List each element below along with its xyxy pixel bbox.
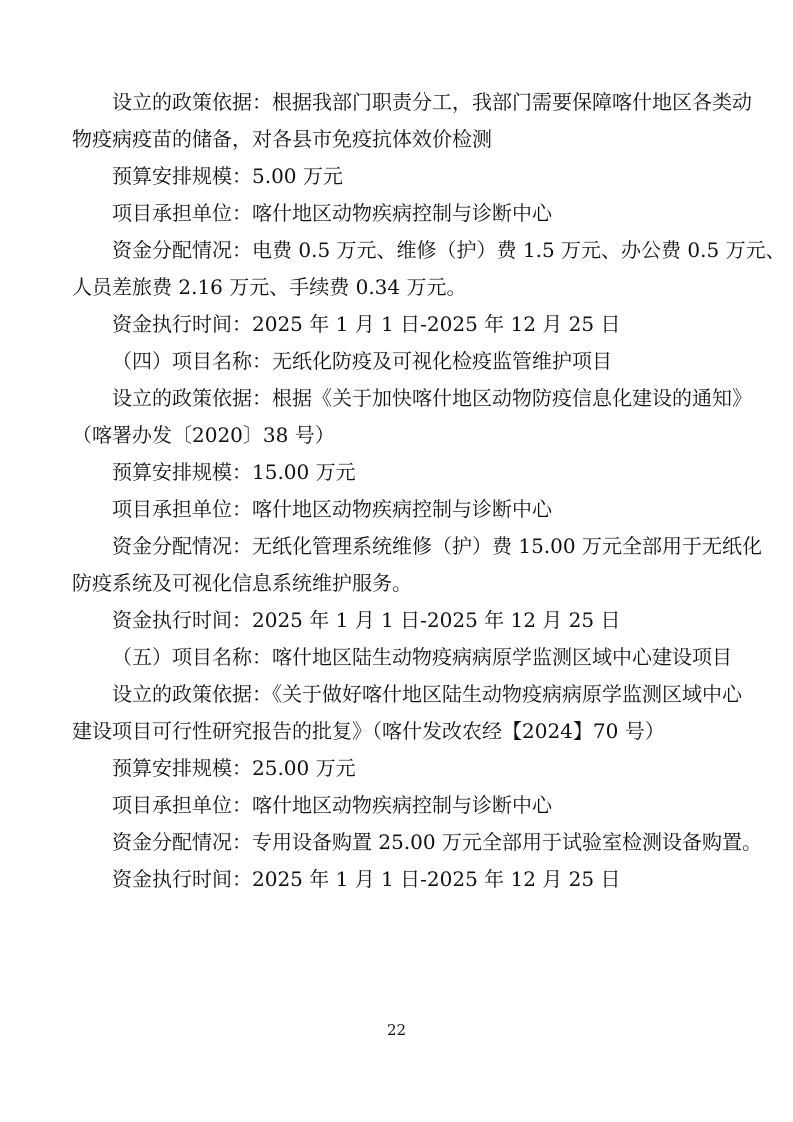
page-number: 22 bbox=[387, 1020, 406, 1040]
text-line: 资金执行时间：2025 年 1 月 1 日-2025 年 12 月 25 日 bbox=[72, 861, 725, 898]
text-line: 设立的政策依据：根据我部门职责分工，我部门需要保障喀什地区各类动 bbox=[72, 84, 725, 121]
text-line: 物疫病疫苗的储备，对各县市免疫抗体效价检测 bbox=[72, 121, 725, 158]
text-line: 资金执行时间：2025 年 1 月 1 日-2025 年 12 月 25 日 bbox=[72, 306, 725, 343]
text-line: 项目承担单位：喀什地区动物疾病控制与诊断中心 bbox=[72, 491, 725, 528]
text-line: 资金分配情况：专用设备购置 25.00 万元全部用于试验室检测设备购置。 bbox=[72, 824, 725, 861]
text-line: 资金分配情况：无纸化管理系统维修（护）费 15.00 万元全部用于无纸化 bbox=[72, 528, 725, 565]
text-line: 预算安排规模：15.00 万元 bbox=[72, 454, 725, 491]
text-line: 设立的政策依据：《关于做好喀什地区陆生动物疫病病原学监测区域中心 bbox=[72, 676, 725, 713]
text-line: 建设项目可行性研究报告的批复》（喀什发改农经【2024】70 号） bbox=[72, 713, 725, 750]
text-line: 防疫系统及可视化信息系统维护服务。 bbox=[72, 565, 725, 602]
document-body: 设立的政策依据：根据我部门职责分工，我部门需要保障喀什地区各类动物疫病疫苗的储备… bbox=[72, 84, 725, 898]
text-line: 设立的政策依据：根据《关于加快喀什地区动物防疫信息化建设的通知》 bbox=[72, 380, 725, 417]
text-line: 人员差旅费 2.16 万元、手续费 0.34 万元。 bbox=[72, 269, 725, 306]
text-line: （喀署办发〔2020〕38 号） bbox=[72, 417, 725, 454]
text-line: （五）项目名称：喀什地区陆生动物疫病病原学监测区域中心建设项目 bbox=[72, 639, 725, 676]
text-line: 资金执行时间：2025 年 1 月 1 日-2025 年 12 月 25 日 bbox=[72, 602, 725, 639]
text-line: 项目承担单位：喀什地区动物疾病控制与诊断中心 bbox=[72, 787, 725, 824]
text-line: 项目承担单位：喀什地区动物疾病控制与诊断中心 bbox=[72, 195, 725, 232]
text-line: 预算安排规模：5.00 万元 bbox=[72, 158, 725, 195]
text-line: 资金分配情况：电费 0.5 万元、维修（护）费 1.5 万元、办公费 0.5 万… bbox=[72, 232, 725, 269]
text-line: 预算安排规模：25.00 万元 bbox=[72, 750, 725, 787]
page-footer: 22 bbox=[0, 1020, 793, 1040]
text-line: （四）项目名称：无纸化防疫及可视化检疫监管维护项目 bbox=[72, 343, 725, 380]
document-page: 设立的政策依据：根据我部门职责分工，我部门需要保障喀什地区各类动物疫病疫苗的储备… bbox=[0, 0, 793, 1122]
